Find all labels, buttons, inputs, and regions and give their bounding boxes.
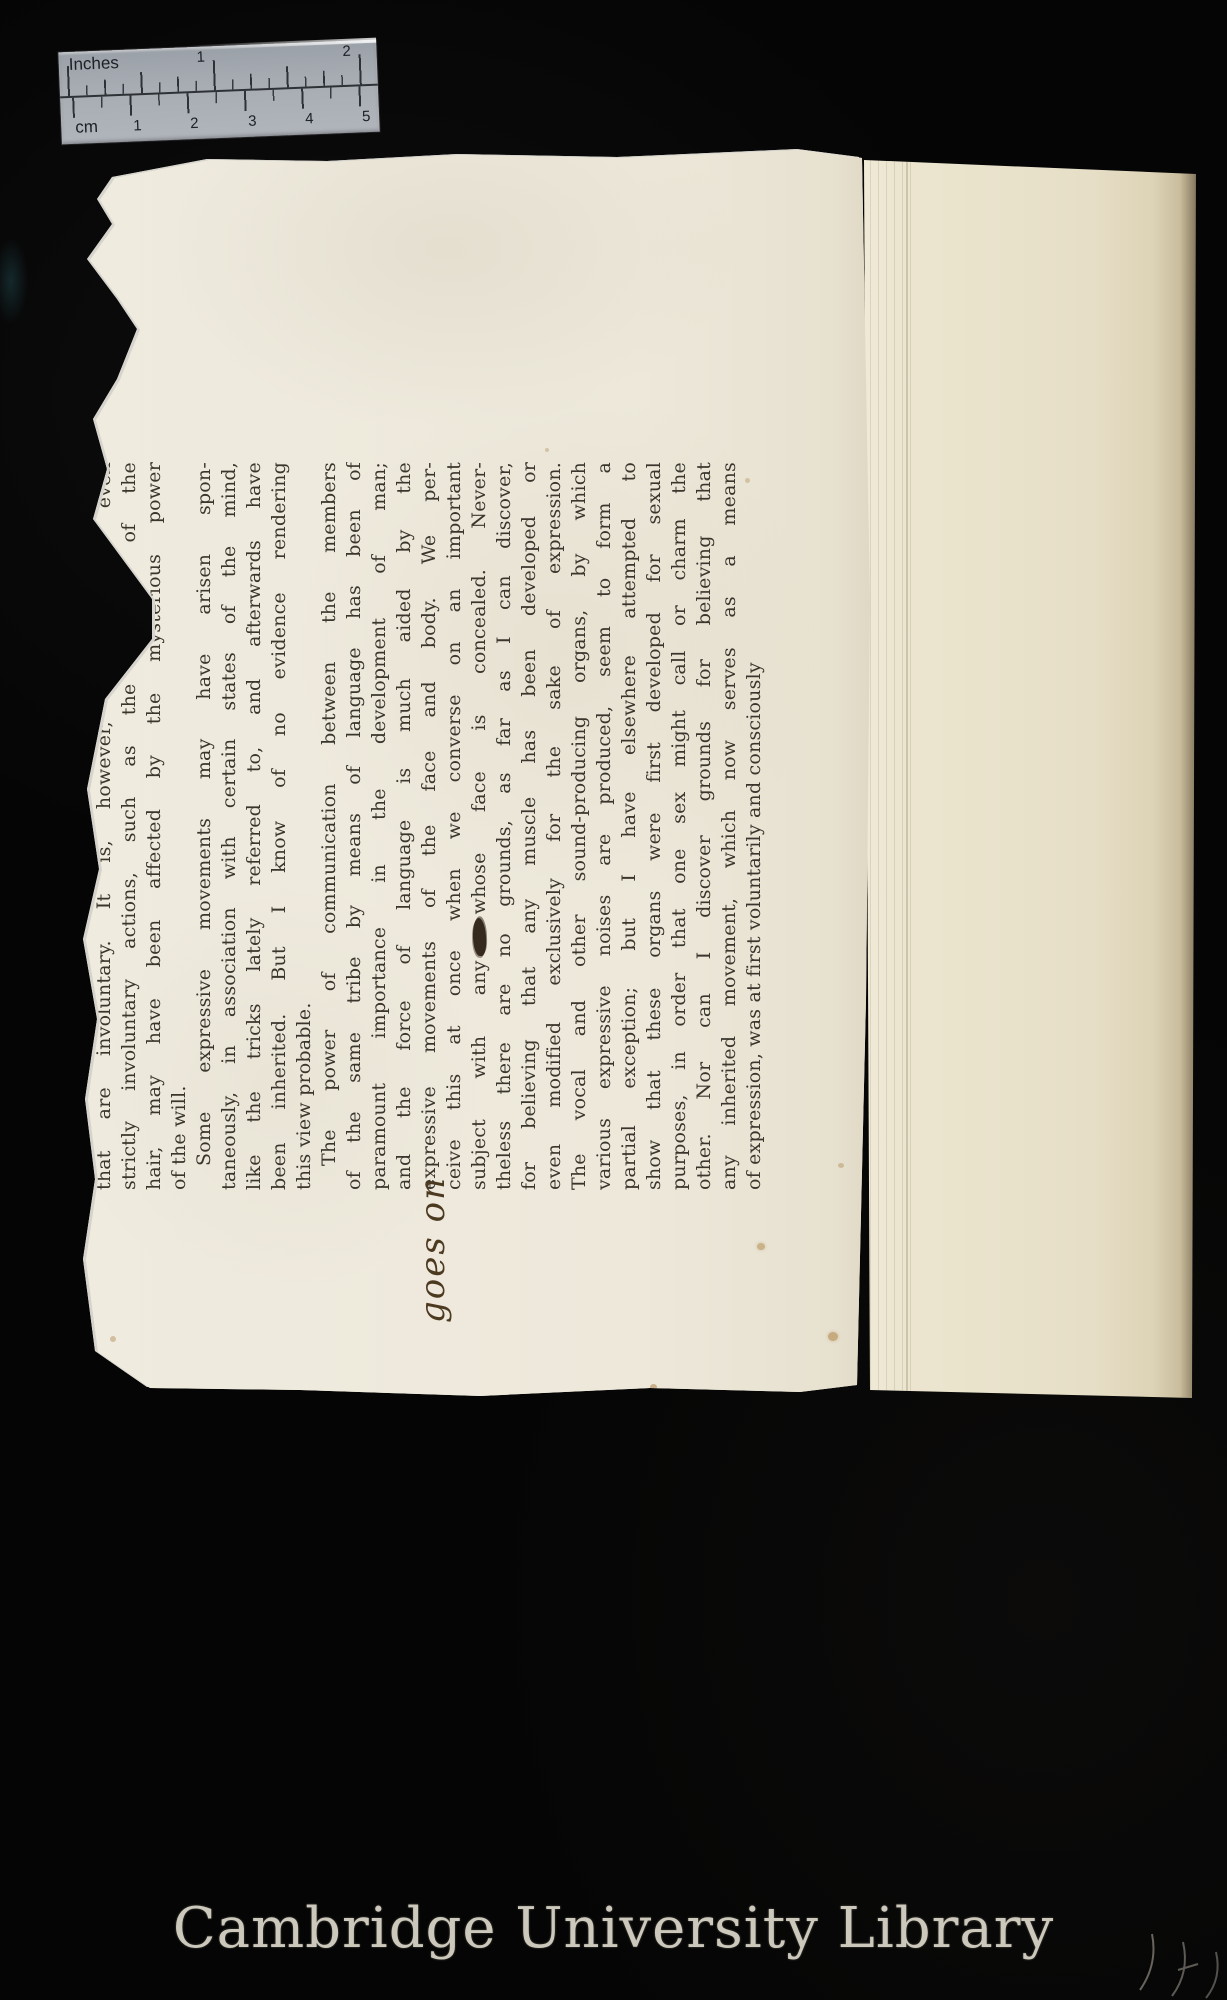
text-line: been inherited. But I know of no evidenc… <box>267 462 292 1190</box>
foxing-spot <box>545 448 549 452</box>
ruler-cm-number: 1 <box>133 117 142 134</box>
ruler-cm-number: 5 <box>362 108 371 125</box>
text-line: expressive movements of the face and bod… <box>417 462 442 1190</box>
printed-text-block: that are involuntary. It is, however, po… <box>92 462 768 1190</box>
text-line-with-correction: subject with anywhose face is concealed.… <box>467 462 492 1190</box>
text-line: strictly involuntary actions, such as th… <box>117 462 142 1190</box>
text-line: taneously, in association with certain s… <box>217 462 242 1190</box>
ruler: Inches cm 1 2 1 2 3 4 5 <box>58 40 379 145</box>
text-line: show that these organs were first develo… <box>642 462 667 1190</box>
text-line: The power of communication between the m… <box>317 462 342 1190</box>
foxing-spot <box>650 1384 657 1390</box>
text-segment: subject with any <box>468 960 490 1190</box>
inked-out-word <box>472 917 486 957</box>
foxing-spot <box>828 1332 838 1341</box>
text-line: that are involuntary. It is, however, po… <box>92 462 117 1190</box>
library-caption: Cambridge University Library <box>0 1896 1227 1961</box>
torn-leaf: that are involuntary. It is, however, po… <box>70 148 880 1400</box>
text-segment: whose face is concealed. Never- <box>468 462 490 914</box>
text-line: even modified exclusively for the sake o… <box>542 462 567 1190</box>
ruler-cm-number: 4 <box>305 110 314 127</box>
text-line: Some expressive movements may have arise… <box>192 462 217 1190</box>
ruler-inches-label: Inches <box>68 53 119 75</box>
handwritten-annotation: goes on <box>413 1173 477 1323</box>
text-line: theless there are no grounds, as far as … <box>492 462 517 1190</box>
corner-handwriting <box>1128 1912 1227 2000</box>
ruler-cm-number: 3 <box>248 113 257 130</box>
foxing-spot <box>757 1243 765 1250</box>
page-crease <box>906 152 908 1402</box>
foxing-spot <box>620 1390 625 1395</box>
fabric-stain <box>0 238 28 324</box>
text-line: The vocal and other sound-producing orga… <box>567 462 592 1190</box>
ruler-inch-number: 1 <box>196 49 205 66</box>
text-line: like the tricks lately referred to, and … <box>242 462 267 1190</box>
ruler-inch-number: 2 <box>342 43 351 60</box>
text-line: ceive this at once when we converse on a… <box>442 462 467 1190</box>
foxing-spot <box>110 1336 116 1342</box>
text-line: for believing that any muscle has been d… <box>517 462 542 1190</box>
text-line: hair, may have been affected by the myst… <box>142 462 167 1190</box>
text-line: of the will. <box>167 462 192 1190</box>
text-line: and the force of language is much aided … <box>392 462 417 1190</box>
foxing-spot <box>838 1163 844 1168</box>
ruler-cm-label: cm <box>75 117 98 138</box>
leaf-paper: that are involuntary. It is, however, po… <box>70 148 880 1400</box>
text-line: partial exception; but I have elsewhere … <box>617 462 642 1190</box>
text-line: various expressive noises are produced, … <box>592 462 617 1190</box>
text-line: other. Nor can I discover grounds for be… <box>692 462 717 1190</box>
text-line: any inherited movement, which now serves… <box>717 462 742 1190</box>
book-fore-edge <box>862 152 1202 1402</box>
text-line: this view probable. <box>292 462 317 1190</box>
text-line: paramount importance in the development … <box>367 462 392 1190</box>
ruler-cm-number: 2 <box>190 115 199 132</box>
text-line: of the same tribe by means of language h… <box>342 462 367 1190</box>
text-line: of expression, was at first voluntarily … <box>742 462 767 1190</box>
text-line: purposes, in order that one sex might ca… <box>667 462 692 1190</box>
